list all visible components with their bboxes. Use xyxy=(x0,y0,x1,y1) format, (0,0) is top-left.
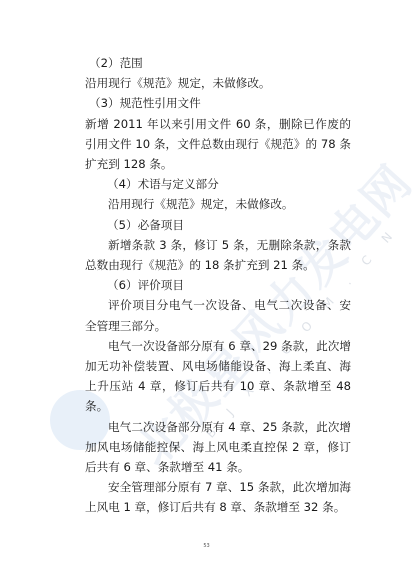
paragraph-safety-management: 安全管理部分原有 7 章、15 条款，此次增加海上风电 1 章，修订后共有 8 … xyxy=(85,477,351,517)
paragraph-terms: 沿用现行《规范》规定，未做修改。 xyxy=(85,194,351,214)
paragraph-normative-references: 新增 2011 年以来引用文件 60 条，删除已作废的引用文件 10 条，文件总… xyxy=(85,114,351,175)
section-heading-required-items: （5）必备项目 xyxy=(85,215,351,235)
document-body: （2）范围 沿用现行《规范》规定，未做修改。 （3）规范性引用文件 新增 201… xyxy=(85,53,351,518)
paragraph-scope: 沿用现行《规范》规定，未做修改。 xyxy=(85,73,351,93)
paragraph-primary-equipment: 电气一次设备部分原有 6 章、29 条款，此次增加无功补偿装置、风电场储能设备、… xyxy=(85,336,351,417)
document-page: 北极星风力发电网 BJX.COM.CN （2）范围 沿用现行《规范》规定，未做修… xyxy=(0,0,413,585)
section-heading-terms: （4）术语与定义部分 xyxy=(85,174,351,194)
section-heading-normative-references: （3）规范性引用文件 xyxy=(85,93,351,113)
page-number: 53 xyxy=(0,543,413,549)
paragraph-secondary-equipment: 电气二次设备部分原有 4 章、25 条款，此次增加风电场储能控保、海上风电柔直控… xyxy=(85,417,351,478)
section-heading-scope: （2）范围 xyxy=(85,53,351,73)
paragraph-required-items: 新增条款 3 条，修订 5 条，无删除条款，条款总数由现行《规范》的 18 条扩… xyxy=(85,235,351,275)
section-heading-evaluation-items: （6）评价项目 xyxy=(85,275,351,295)
paragraph-evaluation-overview: 评价项目分电气一次设备、电气二次设备、安全管理三部分。 xyxy=(85,295,351,335)
